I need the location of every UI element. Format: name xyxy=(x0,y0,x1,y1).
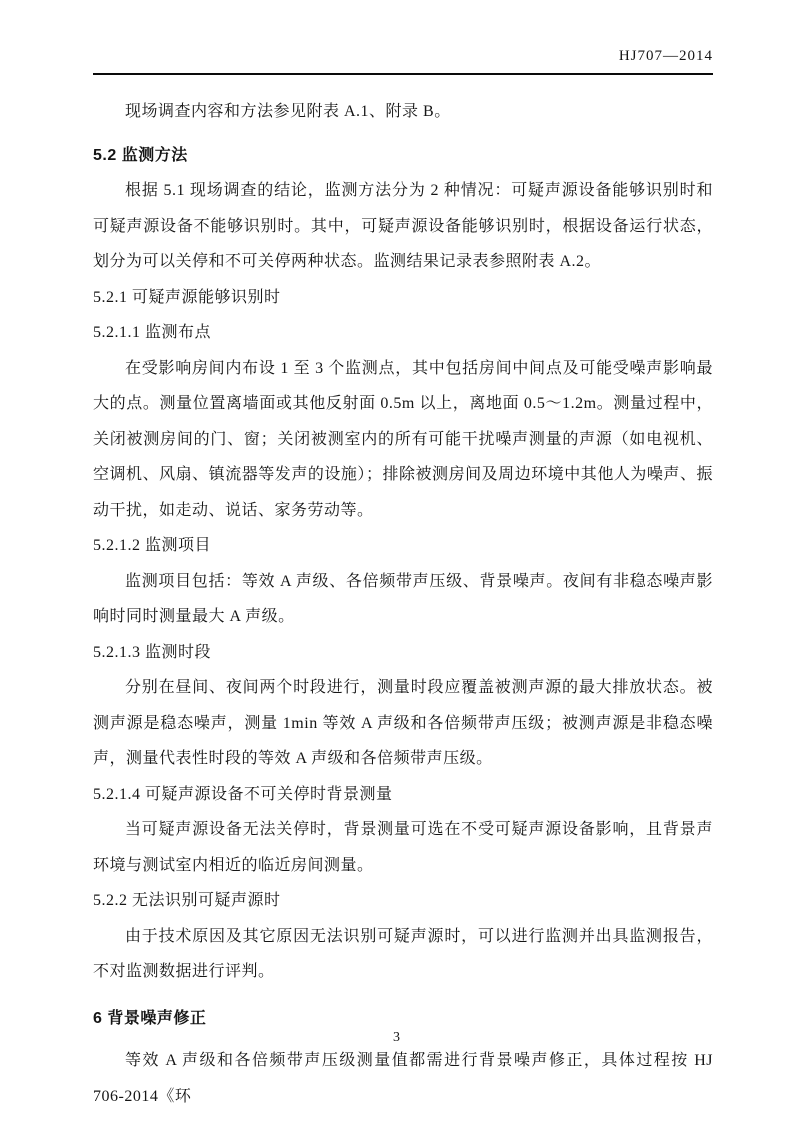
document-page: HJ707—2014 现场调查内容和方法参见附表 A.1、附录 B。5.2 监测… xyxy=(0,0,793,1122)
sub-heading: 5.2.2 无法识别可疑声源时 xyxy=(93,883,713,919)
paragraph: 由于技术原因及其它原因无法识别可疑声源时，可以进行监测并出具监测报告，不对监测数… xyxy=(93,919,713,990)
sub-heading: 5.2.1.2 监测项目 xyxy=(93,528,713,564)
sub-heading: 5.2.1.4 可疑声源设备不可关停时背景测量 xyxy=(93,777,713,813)
paragraph: 等效 A 声级和各倍频带声压级测量值都需进行背景噪声修正，具体过程按 HJ 70… xyxy=(93,1043,713,1114)
page-header: HJ707—2014 xyxy=(93,44,713,75)
paragraph: 现场调查内容和方法参见附表 A.1、附录 B。 xyxy=(93,94,713,130)
paragraph: 在受影响房间内布设 1 至 3 个监测点，其中包括房间中间点及可能受噪声影响最大… xyxy=(93,351,713,529)
section-heading: 5.2 监测方法 xyxy=(93,138,713,174)
document-body: 现场调查内容和方法参见附表 A.1、附录 B。5.2 监测方法根据 5.1 现场… xyxy=(93,94,713,1114)
sub-heading: 5.2.1 可疑声源能够识别时 xyxy=(93,280,713,316)
paragraph: 当可疑声源设备无法关停时，背景测量可选在不受可疑声源设备影响，且背景声环境与测试… xyxy=(93,812,713,883)
sub-heading: 5.2.1.3 监测时段 xyxy=(93,635,713,671)
document-number: HJ707—2014 xyxy=(619,48,713,64)
paragraph: 分别在昼间、夜间两个时段进行，测量时段应覆盖被测声源的最大排放状态。被测声源是稳… xyxy=(93,670,713,777)
sub-heading: 5.2.1.1 监测布点 xyxy=(93,315,713,351)
paragraph: 监测项目包括：等效 A 声级、各倍频带声压级、背景噪声。夜间有非稳态噪声影响时同… xyxy=(93,564,713,635)
paragraph: 根据 5.1 现场调查的结论，监测方法分为 2 种情况：可疑声源设备能够识别时和… xyxy=(93,173,713,280)
page-number: 3 xyxy=(393,1030,400,1045)
page-footer: 3 xyxy=(0,1028,793,1048)
